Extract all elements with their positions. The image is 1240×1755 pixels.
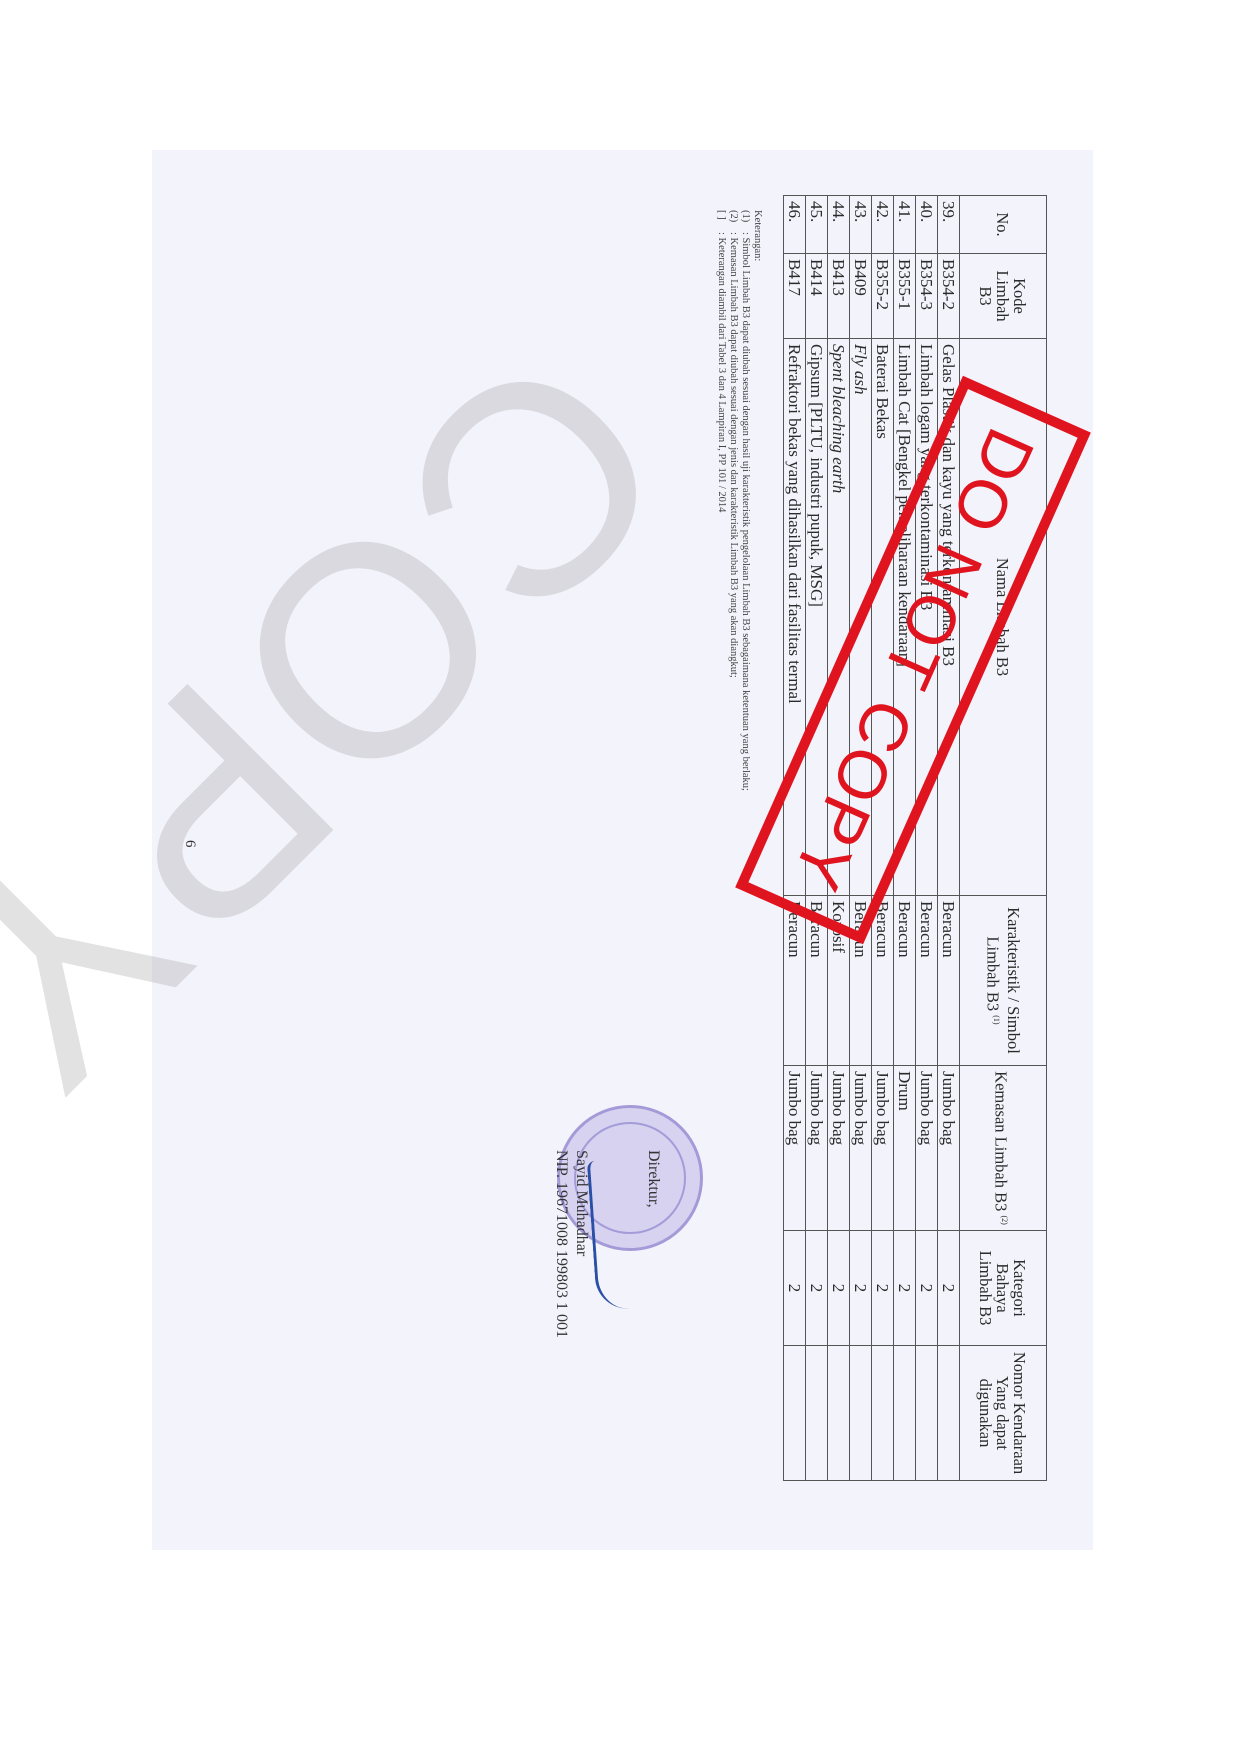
cell-nomor-kendaraan xyxy=(850,1346,872,1481)
header-kemasan: Kemasan Limbah B3 (2) xyxy=(960,1066,1047,1231)
cell-no: 41. xyxy=(894,196,916,254)
footnotes-title: Keterangan: xyxy=(751,210,763,791)
header-kode: Kode Limbah B3 xyxy=(960,254,1047,339)
cell-kemasan: Jumbo bag xyxy=(850,1066,872,1231)
cell-kemasan: Jumbo bag xyxy=(916,1066,938,1231)
cell-kode: B414 xyxy=(806,254,828,339)
cell-kategori: 2 xyxy=(828,1231,850,1346)
cell-no: 45. xyxy=(806,196,828,254)
cell-no: 42. xyxy=(872,196,894,254)
header-karakteristik: Karakteristik / Simbol Limbah B3 (1) xyxy=(960,896,1047,1066)
table-row: 40.B354-3Limbah logam yang terkontaminas… xyxy=(916,196,938,1481)
cell-karakteristik: Beracun xyxy=(938,896,960,1066)
cell-no: 39. xyxy=(938,196,960,254)
cell-nomor-kendaraan xyxy=(938,1346,960,1481)
cell-nomor-kendaraan xyxy=(894,1346,916,1481)
cell-kategori: 2 xyxy=(938,1231,960,1346)
cell-no: 44. xyxy=(828,196,850,254)
cell-nomor-kendaraan xyxy=(806,1346,828,1481)
cell-kemasan: Jumbo bag xyxy=(784,1066,806,1231)
cell-kode: B355-1 xyxy=(894,254,916,339)
cell-karakteristik: Beracun xyxy=(894,896,916,1066)
signer-name: Sayid Muhadhar xyxy=(571,1150,591,1338)
cell-kemasan: Jumbo bag xyxy=(872,1066,894,1231)
cell-kemasan: Jumbo bag xyxy=(828,1066,850,1231)
footnote-item: (2): Kemasan Limbah B3 dapat diubah sesu… xyxy=(727,210,739,791)
cell-kategori: 2 xyxy=(894,1231,916,1346)
cell-kategori: 2 xyxy=(806,1231,828,1346)
header-kategori: Kategori Bahaya Limbah B3 xyxy=(960,1231,1047,1346)
cell-kategori: 2 xyxy=(916,1231,938,1346)
cell-no: 46. xyxy=(784,196,806,254)
header-no: No. xyxy=(960,196,1047,254)
cell-no: 40. xyxy=(916,196,938,254)
cell-kemasan: Jumbo bag xyxy=(806,1066,828,1231)
scanned-page: COPY No. Kode Limbah B3 Nama Limbah B3 K… xyxy=(152,150,1093,1550)
cell-kode: B354-3 xyxy=(916,254,938,339)
cell-kode: B354-2 xyxy=(938,254,960,339)
cell-kode: B413 xyxy=(828,254,850,339)
cell-karakteristik: Beracun xyxy=(916,896,938,1066)
cell-karakteristik: Beracun xyxy=(784,896,806,1066)
cell-kode: B355-2 xyxy=(872,254,894,339)
cell-nomor-kendaraan xyxy=(872,1346,894,1481)
page-number: 6 xyxy=(181,840,198,848)
cell-nomor-kendaraan xyxy=(916,1346,938,1481)
footnote-item: [ ]: Keterangan diambil dari Tabel 3 dan… xyxy=(715,210,727,791)
cell-kode: B417 xyxy=(784,254,806,339)
cell-kategori: 2 xyxy=(784,1231,806,1346)
cell-kemasan: Jumbo bag xyxy=(938,1066,960,1231)
header-nomor-kendaraan: Nomor Kendaraan Yang dapat digunakan xyxy=(960,1346,1047,1481)
cell-kategori: 2 xyxy=(850,1231,872,1346)
signature-block: Direktur, Sayid Muhadhar NIP. 19671008 1… xyxy=(551,1150,663,1338)
cell-karakteristik: Beracun xyxy=(872,896,894,1066)
copy-watermark: COPY xyxy=(0,285,733,1159)
footnotes: Keterangan: (1): Simbol Limbah B3 dapat … xyxy=(715,210,763,791)
document-page: COPY No. Kode Limbah B3 Nama Limbah B3 K… xyxy=(152,150,1093,1550)
cell-nomor-kendaraan xyxy=(828,1346,850,1481)
cell-nomor-kendaraan xyxy=(784,1346,806,1481)
footnote-item: (1): Simbol Limbah B3 dapat diubah sesua… xyxy=(739,210,751,791)
cell-kode: B409 xyxy=(850,254,872,339)
cell-no: 43. xyxy=(850,196,872,254)
signer-nip: NIP. 19671008 199803 1 001 xyxy=(551,1150,571,1338)
signer-title: Direktur, xyxy=(643,1150,663,1338)
cell-kemasan: Drum xyxy=(894,1066,916,1231)
cell-kategori: 2 xyxy=(872,1231,894,1346)
